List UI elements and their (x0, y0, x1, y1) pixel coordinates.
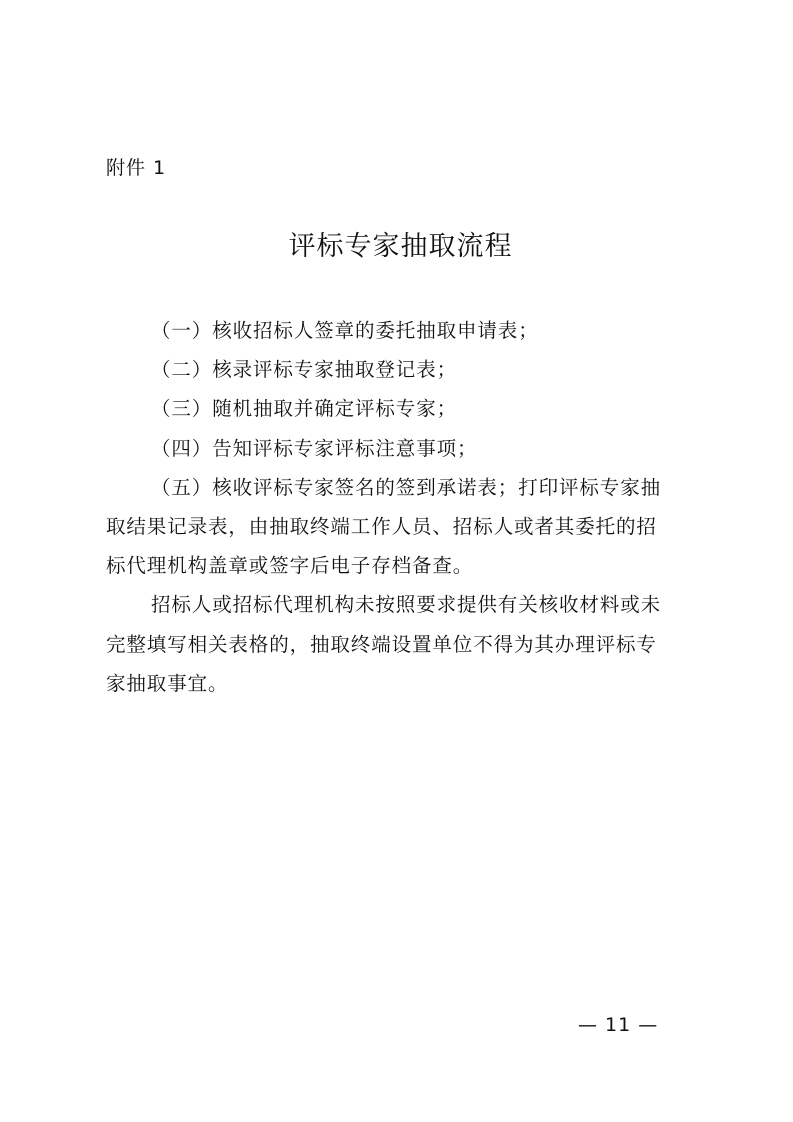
document-body: （一）核收招标人签章的委托抽取申请表； （二）核录评标专家抽取登记表； （三）随… (106, 311, 691, 703)
document-title: 评标专家抽取流程 (0, 224, 793, 263)
note-line-3: 家抽取事宜。 (106, 664, 691, 703)
item-2: （二）核录评标专家抽取登记表； (106, 350, 691, 389)
attachment-label: 附件 1 (106, 153, 166, 180)
page-number: — 11 — (578, 1014, 658, 1036)
item-5-line-1: （五）核收评标专家签名的签到承诺表；打印评标专家抽 (106, 468, 691, 507)
item-1: （一）核收招标人签章的委托抽取申请表； (106, 311, 691, 350)
note-line-1: 招标人或招标代理机构未按照要求提供有关核收材料或未 (106, 585, 691, 624)
item-5-line-2: 取结果记录表，由抽取终端工作人员、招标人或者其委托的招 (106, 507, 691, 546)
item-5-line-3: 标代理机构盖章或签字后电子存档备查。 (106, 546, 691, 585)
note-line-2: 完整填写相关表格的，抽取终端设置单位不得为其办理评标专 (106, 625, 691, 664)
item-3: （三）随机抽取并确定评标专家； (106, 389, 691, 428)
item-4: （四）告知评标专家评标注意事项； (106, 429, 691, 468)
